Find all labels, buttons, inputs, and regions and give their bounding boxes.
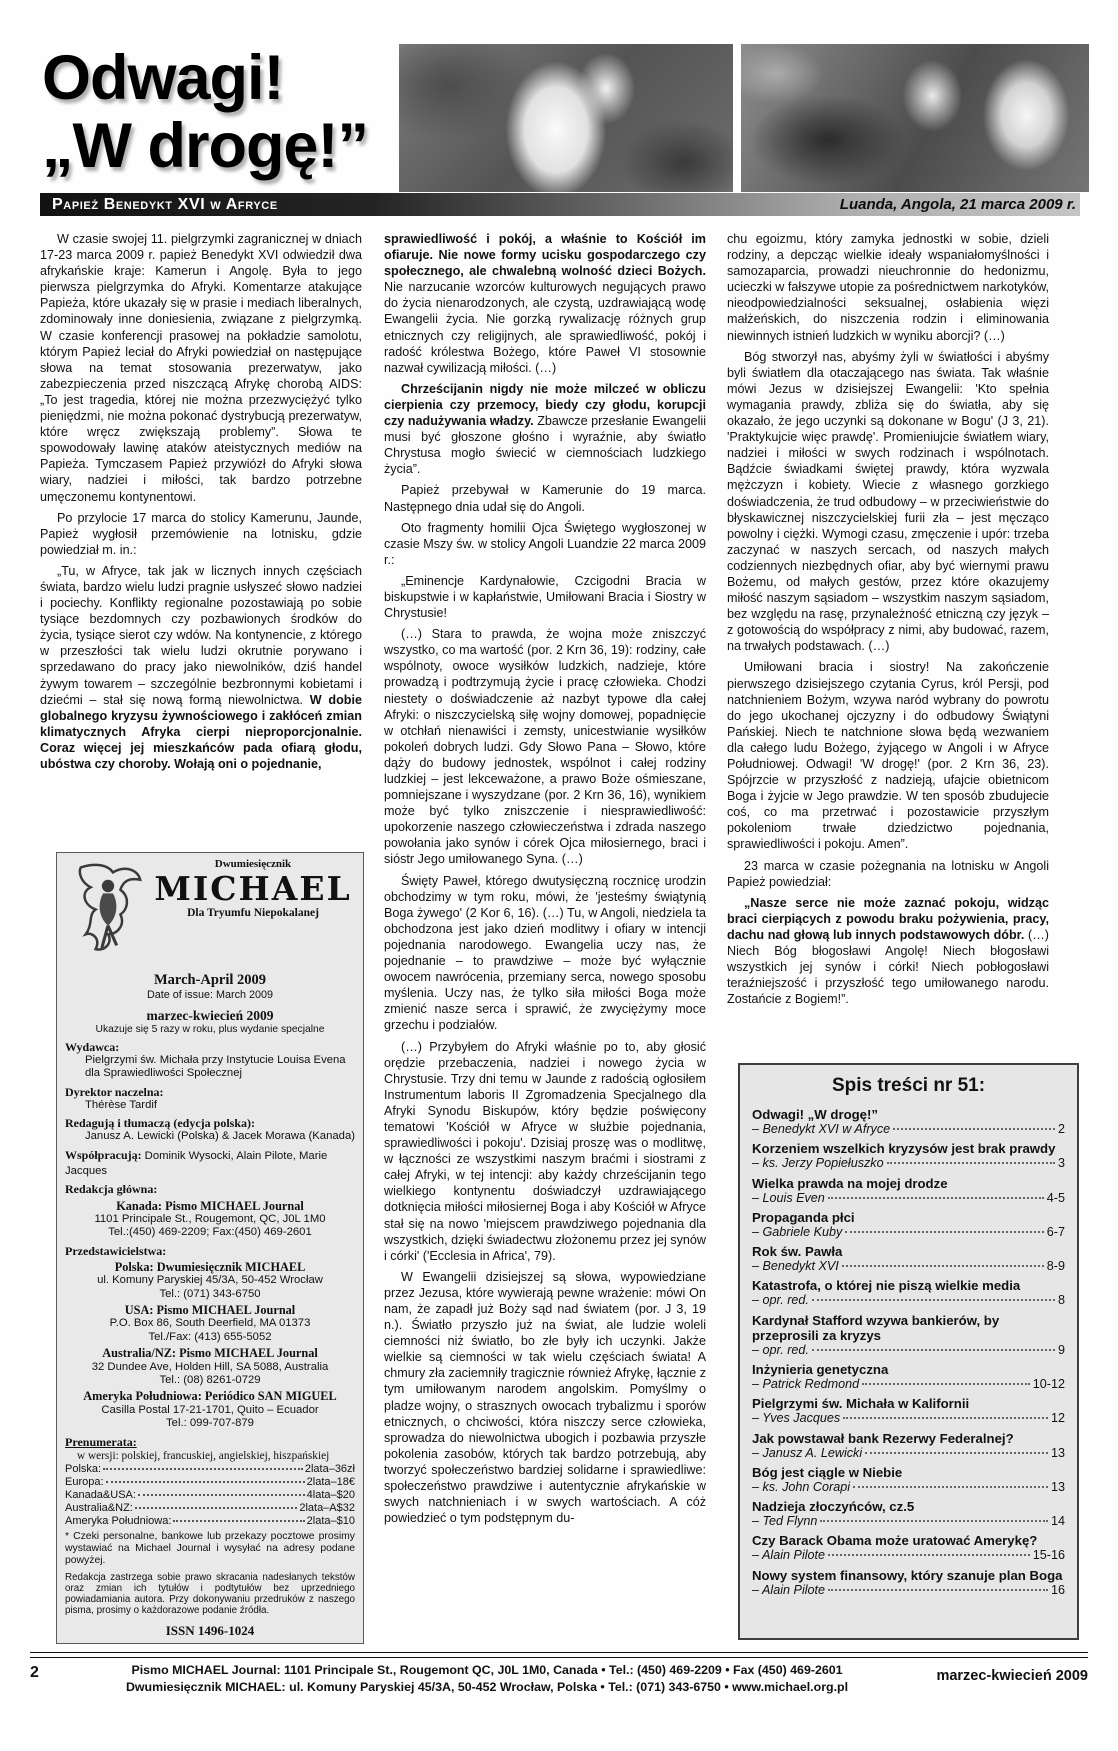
cheques-note: * Czeki personalne, bankowe lub przekazy… [65, 1531, 355, 1568]
office-name: Kanada: Pismo MICHAEL Journal [65, 1199, 355, 1214]
toc-entry-subline: – opr. red.8 [752, 1293, 1065, 1309]
toc-entry-author: – Ted Flynn [752, 1514, 817, 1530]
office-block: Australia/NZ: Pismo MICHAEL Journal32 Du… [65, 1346, 355, 1387]
dotted-leader [173, 1520, 304, 1522]
subscription-price-list: Polska:2lata–36złEuropa:2lata–18€Kanada&… [65, 1463, 355, 1528]
dotted-leader [862, 1383, 1030, 1385]
article-column-1: W czasie swojej 11. pielgrzymki zagranic… [40, 231, 362, 845]
body-paragraph: Umiłowani bracia i siostry! Na zakończen… [727, 659, 1049, 852]
editors-value: Janusz A. Lewicki (Polska) & Jacek Moraw… [65, 1130, 355, 1143]
footer-addresses: Pismo MICHAEL Journal: 1101 Principale S… [76, 1662, 898, 1695]
table-of-contents-box: Spis treści nr 51: Odwagi! „W drogę!”– B… [738, 1063, 1079, 1640]
body-paragraph: Bóg stworzył nas, abyśmy żyli w światłoś… [727, 349, 1049, 655]
toc-entry-author: – Patrick Redmond [752, 1377, 859, 1393]
photo-pope-crowd [741, 44, 1089, 192]
subscription-price: 2lata–$10 [307, 1515, 355, 1528]
body-paragraph: chu egoizmu, który zamyka jednostki w so… [727, 231, 1049, 344]
toc-entry-author: – Alain Pilote [752, 1548, 825, 1564]
director-label: Dyrektor naczelna: [65, 1085, 355, 1099]
toc-entry: Propaganda płci– Gabriele Kuby6-7 [752, 1210, 1065, 1241]
st-michael-angel-illustration [65, 860, 151, 964]
publisher-value: Pielgrzymi św. Michała przy Instytucie L… [65, 1054, 355, 1081]
toc-entry-author: – opr. red. [752, 1343, 809, 1359]
body-paragraph: „Tu, w Afryce, tak jak w licznych innych… [40, 563, 362, 772]
office-block: Polska: Dwumiesięcznik MICHAELul. Komuny… [65, 1260, 355, 1301]
office-line: 1101 Principale St., Rougemont, QC, J0L … [65, 1213, 355, 1226]
article-headline: Odwagi! „W drogę!” [42, 44, 382, 180]
toc-entry-page: 3 [1058, 1156, 1065, 1172]
dotted-leader [103, 1468, 303, 1470]
dotted-leader [820, 1520, 1048, 1522]
toc-entry: Inżynieria genetyczna– Patrick Redmond10… [752, 1362, 1065, 1393]
toc-entry-title: Katastrofa, o której nie piszą wielkie m… [752, 1278, 1065, 1293]
toc-entry-page: 10-12 [1033, 1377, 1065, 1393]
toc-entry-page: 15-16 [1033, 1548, 1065, 1564]
toc-entry-subline: – Benedykt XVI w Afryce2 [752, 1122, 1065, 1138]
dotted-leader [812, 1299, 1055, 1301]
toc-entry: Bóg jest ciągle w Niebie– ks. John Corap… [752, 1465, 1065, 1496]
publisher-label: Wydawca: [65, 1040, 355, 1054]
toc-entry-page: 13 [1051, 1480, 1065, 1496]
toc-entry-title: Wielka prawda na mojej drodze [752, 1176, 1065, 1191]
dotted-leader [845, 1231, 1043, 1233]
dotted-leader [138, 1494, 305, 1496]
footer-issue-date: marzec-kwiecień 2009 [898, 1662, 1088, 1684]
office-block: Ameryka Południowa: Periódico SAN MIGUEL… [65, 1389, 355, 1430]
representative-office-list: Polska: Dwumiesięcznik MICHAELul. Komuny… [65, 1260, 355, 1431]
toc-entry-subline: – Alain Pilote15-16 [752, 1548, 1065, 1564]
toc-entry-subline: – Patrick Redmond10-12 [752, 1377, 1065, 1393]
office-block: Kanada: Pismo MICHAEL Journal1101 Princi… [65, 1199, 355, 1240]
subscription-row: Australia&NZ:2lata–A$32 [65, 1502, 355, 1515]
toc-entry-subline: – Benedykt XVI8-9 [752, 1259, 1065, 1275]
toc-entry-subline: – Alain Pilote16 [752, 1583, 1065, 1599]
subscription-price: 2lata–18€ [307, 1476, 355, 1489]
office-name: Polska: Dwumiesięcznik MICHAEL [65, 1260, 355, 1275]
editors-label: Redagują i tłumaczą (edycja polska): [65, 1116, 355, 1130]
toc-entry: Nadzieja złoczyńców, cz.5– Ted Flynn14 [752, 1499, 1065, 1530]
subscription-row: Europa:2lata–18€ [65, 1476, 355, 1489]
section-kicker-bar: Papież Benedykt XVI w Afryce Luanda, Ang… [40, 193, 1080, 216]
toc-entry: Nowy system finansowy, który szanuje pla… [752, 1568, 1065, 1599]
dotted-leader [893, 1128, 1055, 1130]
toc-entry-subline: – Yves Jacques12 [752, 1411, 1065, 1427]
toc-entry-subline: – ks. John Corapi13 [752, 1480, 1065, 1496]
toc-entry-author: – opr. red. [752, 1293, 809, 1309]
subscription-row: Polska:2lata–36zł [65, 1463, 355, 1476]
dotted-leader [828, 1554, 1030, 1556]
office-line: Tel.:(450) 469-2209; Fax:(450) 469-2601 [65, 1226, 355, 1239]
masthead-info-box: Dwumiesięcznik MICHAEL Dla Tryumfu Niepo… [56, 852, 364, 1644]
dateline: Luanda, Angola, 21 marca 2009 r. [840, 196, 1080, 213]
toc-entry-page: 16 [1051, 1583, 1065, 1599]
collaborators-line: Współpracują: Dominik Wysocki, Alain Pil… [65, 1148, 355, 1179]
toc-entry-title: Inżynieria genetyczna [752, 1362, 1065, 1377]
toc-entry-subline: – Ted Flynn14 [752, 1514, 1065, 1530]
dotted-leader [842, 1265, 1044, 1267]
toc-entry-subline: – Louis Even4-5 [752, 1191, 1065, 1207]
office-line: ul. Komuny Paryskiej 45/3A, 50-452 Wrocł… [65, 1274, 355, 1287]
toc-entry-author: – Benedykt XVI w Afryce [752, 1122, 890, 1138]
toc-entry-title: Rok św. Pawła [752, 1244, 1065, 1259]
toc-entry: Kardynał Stafford wzywa bankierów, by pr… [752, 1313, 1065, 1359]
footer-double-rule [30, 1652, 1088, 1658]
headline-line2: „W drogę!” [42, 112, 382, 180]
toc-entry-title: Korzeniem wszelkich kryzysów jest brak p… [752, 1141, 1065, 1156]
toc-entry-page: 6-7 [1047, 1225, 1065, 1241]
toc-entry-author: – ks. John Corapi [752, 1480, 850, 1496]
office-line: Tel./Fax: (413) 655-5052 [65, 1331, 355, 1344]
toc-entry-title: Kardynał Stafford wzywa bankierów, by pr… [752, 1313, 1065, 1343]
toc-entry-list: Odwagi! „W drogę!”– Benedykt XVI w Afryc… [752, 1107, 1065, 1598]
dotted-leader [106, 1481, 305, 1483]
collaborators-label: Współpracują: [65, 1148, 142, 1162]
toc-entry: Czy Barack Obama może uratować Amerykę?–… [752, 1533, 1065, 1564]
issn: ISSN 1496-1024 [65, 1623, 355, 1638]
body-paragraph: sprawiedliwość i pokój, a właśnie to Koś… [384, 231, 706, 376]
toc-title: Spis treści nr 51: [752, 1075, 1065, 1097]
footer-address-poland: Dwumiesięcznik MICHAEL: ul. Komuny Parys… [76, 1679, 898, 1696]
subscription-row: Kanada&USA:4lata–$20 [65, 1489, 355, 1502]
toc-entry-subline: – opr. red.9 [752, 1343, 1065, 1359]
body-paragraph: (…) Przybyłem do Afryki właśnie po to, a… [384, 1039, 706, 1264]
director-value: Thérèse Tardif [65, 1099, 355, 1112]
issue-frequency: Ukazuje się 5 razy w roku, plus wydanie … [65, 1024, 355, 1036]
michael-logo: MICHAEL [151, 872, 355, 905]
toc-entry-page: 12 [1051, 1411, 1065, 1427]
subscription-region: Kanada&USA: [65, 1489, 136, 1502]
office-line: Casilla Postal 17-21-1701, Quito – Ecuad… [65, 1404, 355, 1417]
toc-entry-title: Nowy system finansowy, który szanuje pla… [752, 1568, 1065, 1583]
toc-entry-title: Czy Barack Obama może uratować Amerykę? [752, 1533, 1065, 1548]
newspaper-page: Odwagi! „W drogę!” Papież Benedykt XVI w… [0, 0, 1118, 1751]
subscription-price: 2lata–36zł [305, 1463, 355, 1476]
editorial-note: Redakcja zastrzega sobie prawo skracania… [65, 1572, 355, 1617]
dotted-leader [828, 1589, 1048, 1591]
body-paragraph: „Nasze serce nie może zaznać pokoju, wid… [727, 895, 1049, 1008]
toc-entry-title: Bóg jest ciągle w Niebie [752, 1465, 1065, 1480]
body-paragraph: (…) Stara to prawda, że wojna może znisz… [384, 626, 706, 867]
dotted-leader [843, 1417, 1048, 1419]
toc-entry-page: 8-9 [1047, 1259, 1065, 1275]
main-office-label: Redakcja główna: [65, 1182, 355, 1196]
office-block: USA: Pismo MICHAEL JournalP.O. Box 86, S… [65, 1303, 355, 1344]
subscription-region: Polska: [65, 1463, 101, 1476]
office-line: Tel.: (071) 343-6750 [65, 1288, 355, 1301]
subscription-region: Ameryka Południowa: [65, 1515, 171, 1528]
body-paragraph: Papież przebywał w Kamerunie do 19 marca… [384, 482, 706, 514]
dotted-leader [812, 1349, 1055, 1351]
issue-polish: marzec-kwiecień 2009 [65, 1008, 355, 1024]
toc-entry-page: 13 [1051, 1446, 1065, 1462]
toc-entry-subline: – ks. Jerzy Popiełuszko3 [752, 1156, 1065, 1172]
body-paragraph: W Ewangelii dzisiejszej są słowa, wypowi… [384, 1269, 706, 1527]
body-paragraph: Święty Paweł, którego dwutysięczną roczn… [384, 873, 706, 1034]
toc-entry-page: 14 [1051, 1514, 1065, 1530]
toc-entry-author: – Yves Jacques [752, 1411, 840, 1427]
toc-entry-page: 9 [1058, 1343, 1065, 1359]
page-footer: 2 Pismo MICHAEL Journal: 1101 Principale… [30, 1662, 1088, 1695]
issue-english: March-April 2009 [65, 972, 355, 989]
toc-entry-author: – Alain Pilote [752, 1583, 825, 1599]
toc-entry-page: 4-5 [1047, 1191, 1065, 1207]
dotted-leader [135, 1507, 297, 1509]
dotted-leader [828, 1197, 1044, 1199]
toc-entry-title: Pielgrzymi św. Michała w Kalifornii [752, 1396, 1065, 1411]
toc-entry: Jak powstawał bank Rezerwy Federalnej?– … [752, 1431, 1065, 1462]
kicker-label: Papież Benedykt XVI w Afryce [40, 196, 278, 214]
toc-entry-page: 2 [1058, 1122, 1065, 1138]
office-line: 32 Dundee Ave, Holden Hill, SA 5088, Aus… [65, 1361, 355, 1374]
subscription-price: 4lata–$20 [307, 1489, 355, 1502]
office-name: Australia/NZ: Pismo MICHAEL Journal [65, 1346, 355, 1361]
subscription-label: Prenumerata: [65, 1435, 355, 1449]
toc-entry-author: – Janusz A. Lewicki [752, 1446, 862, 1462]
body-paragraph: W czasie swojej 11. pielgrzymki zagranic… [40, 231, 362, 505]
subscription-region: Australia&NZ: [65, 1502, 133, 1515]
footer-address-canada: Pismo MICHAEL Journal: 1101 Principale S… [76, 1662, 898, 1679]
headline-line1: Odwagi! [42, 44, 382, 112]
toc-entry-subline: – Janusz A. Lewicki13 [752, 1446, 1065, 1462]
toc-entry-author: – Louis Even [752, 1191, 825, 1207]
dotted-leader [887, 1162, 1055, 1164]
article-column-2: sprawiedliwość i pokój, a właśnie to Koś… [384, 231, 706, 1653]
toc-entry-title: Nadzieja złoczyńców, cz.5 [752, 1499, 1065, 1514]
office-name: Ameryka Południowa: Periódico SAN MIGUEL [65, 1389, 355, 1404]
dotted-leader [853, 1486, 1048, 1488]
toc-entry: Katastrofa, o której nie piszą wielkie m… [752, 1278, 1065, 1309]
dotted-leader [865, 1452, 1048, 1454]
body-paragraph: Chrześcijanin nigdy nie może milczeć w o… [384, 381, 706, 478]
office-line: P.O. Box 86, South Deerfield, MA 01373 [65, 1317, 355, 1330]
toc-entry-author: – Gabriele Kuby [752, 1225, 842, 1241]
toc-entry: Odwagi! „W drogę!”– Benedykt XVI w Afryc… [752, 1107, 1065, 1138]
toc-entry-title: Odwagi! „W drogę!” [752, 1107, 1065, 1122]
office-line: Tel.: (08) 8261-0729 [65, 1374, 355, 1387]
subscription-versions: w wersji: polskiej, francuskiej, angiels… [65, 1450, 355, 1463]
body-paragraph: „Eminencje Kardynałowie, Czcigodni Braci… [384, 573, 706, 621]
photo-pope-with-child [399, 44, 733, 192]
masthead-logo-block: Dwumiesięcznik MICHAEL Dla Tryumfu Niepo… [65, 858, 355, 964]
representatives-label: Przedstawicielstwa: [65, 1244, 355, 1258]
subscription-region: Europa: [65, 1476, 104, 1489]
article-column-3: chu egoizmu, który zamyka jednostki w so… [727, 231, 1049, 1057]
toc-entry-author: – ks. Jerzy Popiełuszko [752, 1156, 884, 1172]
body-paragraph: 23 marca w czasie pożegnania na lotnisku… [727, 858, 1049, 890]
toc-entry-page: 8 [1058, 1293, 1065, 1309]
toc-entry-title: Propaganda płci [752, 1210, 1065, 1225]
toc-entry: Korzeniem wszelkich kryzysów jest brak p… [752, 1141, 1065, 1172]
publication-agreement: PUBLICATION MAIL. AGREEMENT № 40063742 [65, 1643, 355, 1644]
toc-entry: Wielka prawda na mojej drodze– Louis Eve… [752, 1176, 1065, 1207]
toc-entry: Rok św. Pawła– Benedykt XVI8-9 [752, 1244, 1065, 1275]
toc-entry-title: Jak powstawał bank Rezerwy Federalnej? [752, 1431, 1065, 1446]
office-line: Tel.: 099-707-879 [65, 1417, 355, 1430]
main-office-list: Kanada: Pismo MICHAEL Journal1101 Princi… [65, 1199, 355, 1240]
subscription-price: 2lata–A$32 [299, 1502, 355, 1515]
toc-entry: Pielgrzymi św. Michała w Kalifornii– Yve… [752, 1396, 1065, 1427]
toc-entry-subline: – Gabriele Kuby6-7 [752, 1225, 1065, 1241]
body-paragraph: Oto fragmenty homilii Ojca Świętego wygł… [384, 520, 706, 568]
subscription-row: Ameryka Południowa:2lata–$10 [65, 1515, 355, 1528]
michael-motto: Dla Tryumfu Niepokalanej [151, 907, 355, 921]
office-name: USA: Pismo MICHAEL Journal [65, 1303, 355, 1318]
toc-entry-author: – Benedykt XVI [752, 1259, 839, 1275]
page-number: 2 [30, 1662, 76, 1682]
body-paragraph: Po przylocie 17 marca do stolicy Kamerun… [40, 510, 362, 558]
issue-date: Date of issue: March 2009 [65, 989, 355, 1002]
